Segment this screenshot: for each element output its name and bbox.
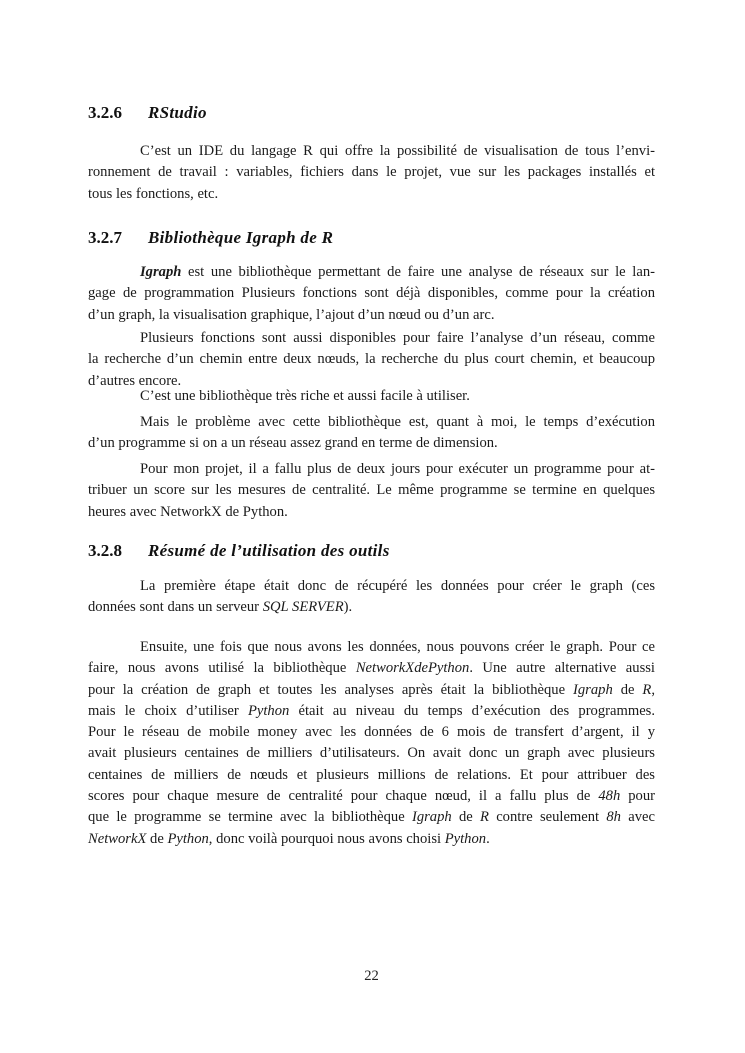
paragraph-igraph-intro: Igraph est une bibliothèque permettant d… — [88, 262, 655, 326]
paragraph-rstudio: C’est un IDE du langage R qui offre la p… — [88, 141, 655, 205]
section-heading-3-2-8: 3.2.8Résumé de l’utilisation des outils — [88, 541, 390, 561]
text-line: Igraph est une bibliothèque permettant d… — [88, 262, 655, 283]
section-title: Bibliothèque Igraph de R — [148, 228, 333, 247]
page-number: 22 — [88, 968, 655, 985]
section-heading-3-2-6: 3.2.6RStudio — [88, 103, 207, 123]
paragraph-igraph-project: Pour mon projet, il a fallu plus de deux… — [88, 459, 655, 523]
paragraph-igraph-problem: Mais le problème avec cette bibliothèque… — [88, 412, 655, 455]
section-heading-3-2-7: 3.2.7Bibliothèque Igraph de R — [88, 228, 333, 248]
text-line: tous les fonctions, etc. — [88, 184, 655, 205]
text-line: Plusieurs fonctions sont aussi disponibl… — [88, 328, 655, 349]
section-number: 3.2.6 — [88, 103, 148, 123]
paragraph-igraph-functions: Plusieurs fonctions sont aussi disponibl… — [88, 328, 655, 392]
text-line: d’un graph, la visualisation graphique, … — [88, 305, 655, 326]
text-line: que le programme se termine avec la bibl… — [88, 807, 655, 828]
section-number: 3.2.7 — [88, 228, 148, 248]
text-line: ronnement de travail : variables, fichie… — [88, 162, 655, 183]
paragraph-igraph-rich: C’est une bibliothèque très riche et aus… — [88, 386, 655, 407]
text-line: d’un programme si on a un réseau assez g… — [88, 433, 655, 454]
text-line: Pour le réseau de mobile money avec les … — [88, 722, 655, 743]
section-title: Résumé de l’utilisation des outils — [148, 541, 390, 560]
text-line: centaines de milliers de nœuds et plusie… — [88, 765, 655, 786]
text-line: mais le choix d’utiliser Python était au… — [88, 701, 655, 722]
text-line: scores pour chaque mesure de centralité … — [88, 786, 655, 807]
text-line: C’est une bibliothèque très riche et aus… — [88, 386, 655, 407]
text-line: la recherche d’un chemin entre deux nœud… — [88, 349, 655, 370]
section-number: 3.2.8 — [88, 541, 148, 561]
text-line: heures avec NetworkX de Python. — [88, 502, 655, 523]
text-line: pour la création de graph et toutes les … — [88, 680, 655, 701]
text-line: La première étape était donc de récupéré… — [88, 576, 655, 597]
emphasis-sql-server: SQL SERVER — [263, 599, 344, 615]
text-line: NetworkX de Python, donc voilà pourquoi … — [88, 829, 655, 850]
paragraph-summary-first-step: La première étape était donc de récupéré… — [88, 576, 655, 619]
text-line: Pour mon projet, il a fallu plus de deux… — [88, 459, 655, 480]
text-line: gage de programmation Plusieurs fonction… — [88, 283, 655, 304]
text-line: données sont dans un serveur SQL SERVER)… — [88, 597, 655, 618]
text-line: C’est un IDE du langage R qui offre la p… — [88, 141, 655, 162]
text-line: Ensuite, une fois que nous avons les don… — [88, 637, 655, 658]
text-line: avait plusieurs centaines de milliers d’… — [88, 743, 655, 764]
paragraph-summary-details: Ensuite, une fois que nous avons les don… — [88, 637, 655, 850]
section-title: RStudio — [148, 103, 207, 122]
text-line: tribuer un score sur les mesures de cent… — [88, 480, 655, 501]
emphasis-igraph: Igraph — [140, 264, 181, 280]
text-line: Mais le problème avec cette bibliothèque… — [88, 412, 655, 433]
text-line: faire, nous avons utilisé la bibliothèqu… — [88, 658, 655, 679]
